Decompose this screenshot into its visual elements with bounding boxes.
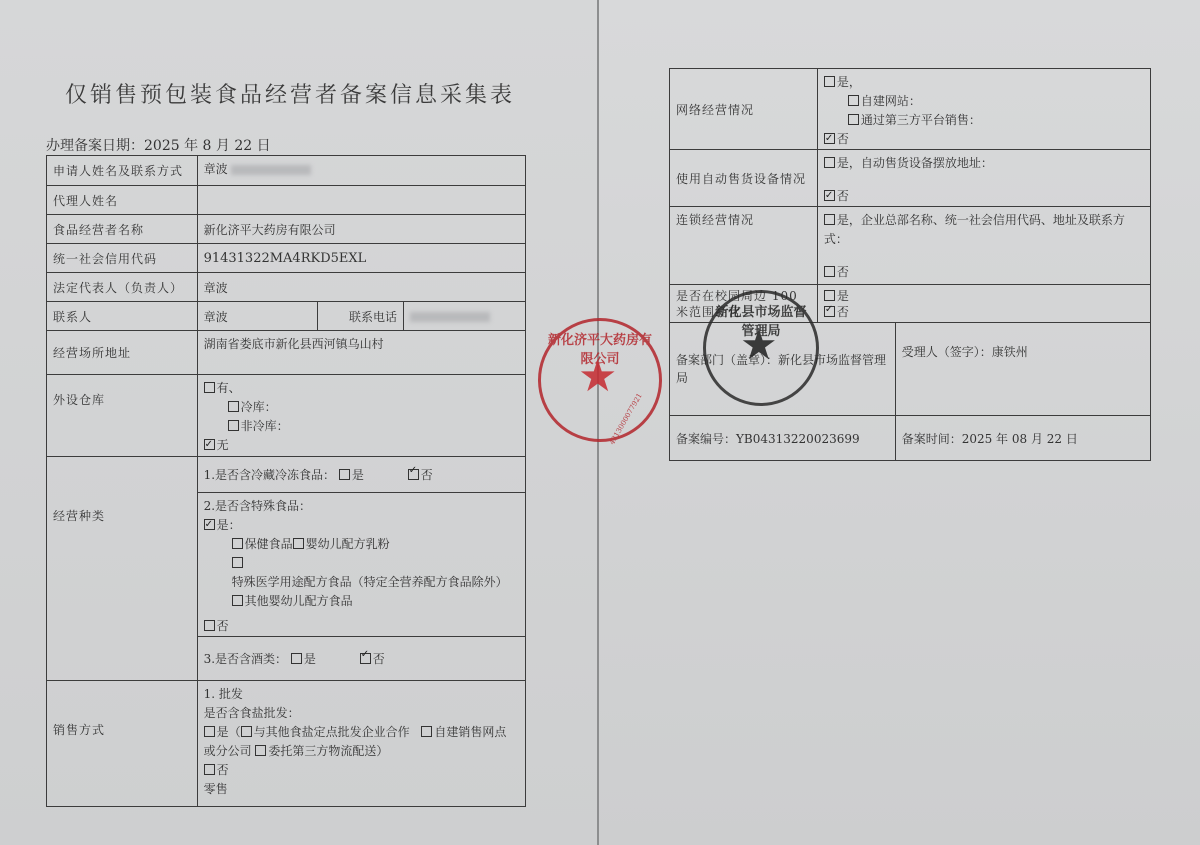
checkbox-icon (232, 557, 243, 568)
vending-options: 是，自动售货设备摆放地址： 否 (817, 150, 1150, 207)
filing-date-label: 办理备案日期： (46, 138, 144, 154)
warehouse-label: 外设仓库 (47, 375, 198, 457)
q2-text: 2.是否含特殊食品： (204, 497, 519, 516)
company-seal: 新化济平大药房有限公司 ★ 4313000077921 (538, 318, 662, 442)
checked-checkbox-icon (824, 133, 835, 144)
vending-no[interactable]: 否 (824, 187, 1144, 206)
contact-label: 联系人 (47, 302, 198, 331)
left-form-table: 申请人姓名及联系方式 章波 代理人姓名 食品经营者名称 新化济平大药房有限公司 … (46, 155, 526, 807)
applicant-value: 章波 (197, 156, 525, 186)
handler: 受理人（签字）：康铁州 (895, 323, 1150, 416)
checkbox-icon (824, 157, 835, 168)
sales-retail: 零售 (204, 780, 519, 799)
checkbox-icon (232, 595, 243, 606)
salt-opt1[interactable]: 与其他食盐定点批发企业合作 (241, 725, 410, 739)
checkbox-icon (824, 266, 835, 277)
agent-value (197, 186, 525, 215)
legal-rep-label: 法定代表人（负责人） (47, 273, 198, 302)
campus-no[interactable]: 否 (824, 304, 1144, 320)
checkbox-icon (232, 538, 243, 549)
q2-opt1[interactable]: 保健食品 (232, 537, 293, 551)
checked-checkbox-icon (824, 190, 835, 201)
checkbox-icon (824, 76, 835, 87)
campus-yes[interactable]: 是 (824, 288, 1144, 304)
salt-opt2[interactable]: 自建销售网点 (421, 725, 506, 739)
online-yes[interactable]: 是， (824, 73, 1144, 92)
sales-salt-options: 是（与其他食盐定点批发企业合作 自建销售网点 (204, 723, 519, 742)
contact-value: 章波 (197, 302, 318, 331)
star-icon: ★ (740, 320, 778, 369)
checkbox-icon (228, 420, 239, 431)
q3-no[interactable]: 否 (360, 652, 385, 666)
warehouse-cold[interactable]: 冷库： (204, 398, 519, 417)
checkbox-icon (339, 469, 350, 480)
checked-checkbox-icon (204, 439, 215, 450)
online-no[interactable]: 否 (824, 130, 1144, 149)
chain-label: 连锁经营情况 (670, 207, 818, 285)
applicant-label: 申请人姓名及联系方式 (47, 156, 198, 186)
record-number: 备案编号：YB04313220023699 (670, 416, 896, 461)
q2-opt4[interactable]: 其他婴幼儿配方食品 (204, 592, 519, 611)
q1-yes[interactable]: 是 (339, 468, 364, 482)
phone-label: 联系电话 (318, 302, 404, 331)
sales-salt-question: 是否含食盐批发： (204, 704, 519, 723)
checked-checkbox-icon (408, 469, 419, 480)
credit-code-value: 91431322MA4RKD5EXL (197, 244, 525, 273)
checkbox-icon (824, 214, 835, 225)
sales-options: 1. 批发 是否含食盐批发： 是（与其他食盐定点批发企业合作 自建销售网点 或分… (197, 681, 525, 807)
sales-salt-options-2: 或分公司 委托第三方物流配送） (204, 742, 519, 761)
q2-opt3[interactable]: 特殊医学用途配方食品（特定全营养配方食品除外） (204, 554, 519, 592)
checkbox-icon (204, 764, 215, 775)
checkbox-icon (204, 382, 215, 393)
q2-no[interactable]: 否 (204, 617, 519, 636)
salt-opt3[interactable]: 委托第三方物流配送） (255, 744, 388, 758)
q2-opts-row1: 保健食品婴幼儿配方乳粉 (204, 535, 519, 554)
checkbox-icon (204, 726, 215, 737)
operator-name-label: 食品经营者名称 (47, 215, 198, 244)
online-options: 是， 自建网站： 通过第三方平台销售： 否 (817, 69, 1150, 150)
filing-date-value: 2025 年 8 月 22 日 (144, 138, 271, 154)
checkbox-icon (848, 114, 859, 125)
warehouse-yes[interactable]: 有、 (204, 379, 519, 398)
checked-checkbox-icon (360, 653, 371, 664)
checkbox-icon (293, 538, 304, 549)
online-opt2[interactable]: 通过第三方平台销售： (824, 111, 1144, 130)
checkbox-icon (241, 726, 252, 737)
chain-no[interactable]: 否 (824, 263, 1144, 282)
category-label: 经营种类 (47, 457, 198, 681)
filing-date: 办理备案日期：2025 年 8 月 22 日 (46, 135, 271, 155)
address-label: 经营场所地址 (47, 331, 198, 375)
q2-opt2[interactable]: 婴幼儿配方乳粉 (293, 537, 390, 551)
address-value: 湖南省娄底市新化县西河镇乌山村 (197, 331, 525, 375)
government-seal: 新化县市场监督管理局 ★ (703, 290, 819, 406)
checkbox-icon (291, 653, 302, 664)
campus-options: 是 否 (817, 285, 1150, 323)
phone-value (404, 302, 526, 331)
vending-label: 使用自动售货设备情况 (670, 150, 818, 207)
redacted-phone (231, 165, 311, 175)
sales-wholesale: 1. 批发 (204, 685, 519, 704)
checkbox-icon (255, 745, 266, 756)
form-title: 仅销售预包装食品经营者备案信息采集表 (40, 78, 540, 109)
checkbox-icon (824, 290, 835, 301)
star-icon: ★ (578, 351, 617, 402)
q2-yes[interactable]: 是： (204, 516, 519, 535)
checkbox-icon (848, 95, 859, 106)
warehouse-options: 有、 冷库： 非冷库： 无 (197, 375, 525, 457)
legal-rep-value: 章波 (197, 273, 525, 302)
q2-cell: 2.是否含特殊食品： 是： 保健食品婴幼儿配方乳粉 特殊医学用途配方食品（特定全… (197, 493, 525, 637)
salt-yes[interactable]: 是（ (204, 725, 241, 739)
q1-no[interactable]: 否 (408, 468, 433, 482)
checked-checkbox-icon (824, 306, 835, 317)
agent-label: 代理人姓名 (47, 186, 198, 215)
sales-label: 销售方式 (47, 681, 198, 807)
warehouse-noncold[interactable]: 非冷库： (204, 417, 519, 436)
q3-yes[interactable]: 是 (291, 652, 316, 666)
online-label: 网络经营情况 (670, 69, 818, 150)
credit-code-label: 统一社会信用代码 (47, 244, 198, 273)
salt-no[interactable]: 否 (204, 761, 519, 780)
checked-checkbox-icon (204, 519, 215, 530)
checkbox-icon (421, 726, 432, 737)
online-opt1[interactable]: 自建网站： (824, 92, 1144, 111)
operator-name-value: 新化济平大药房有限公司 (197, 215, 525, 244)
warehouse-none[interactable]: 无 (204, 436, 519, 455)
vending-yes[interactable]: 是，自动售货设备摆放地址： (824, 154, 1144, 173)
q1-row: 1.是否含冷藏冷冻食品： 是 否 (197, 457, 525, 493)
checkbox-icon (204, 620, 215, 631)
q1-text: 1.是否含冷藏冷冻食品： (204, 468, 335, 482)
checkbox-icon (228, 401, 239, 412)
chain-options: 是，企业总部名称、统一社会信用代码、地址及联系方式： 否 (817, 207, 1150, 285)
chain-yes[interactable]: 是，企业总部名称、统一社会信用代码、地址及联系方式： (824, 211, 1144, 249)
q3-text: 3.是否含酒类： (204, 652, 287, 666)
redacted-phone (410, 312, 490, 322)
q3-row: 3.是否含酒类： 是 否 (197, 637, 525, 681)
record-time: 备案时间：2025 年 08 月 22 日 (895, 416, 1150, 461)
